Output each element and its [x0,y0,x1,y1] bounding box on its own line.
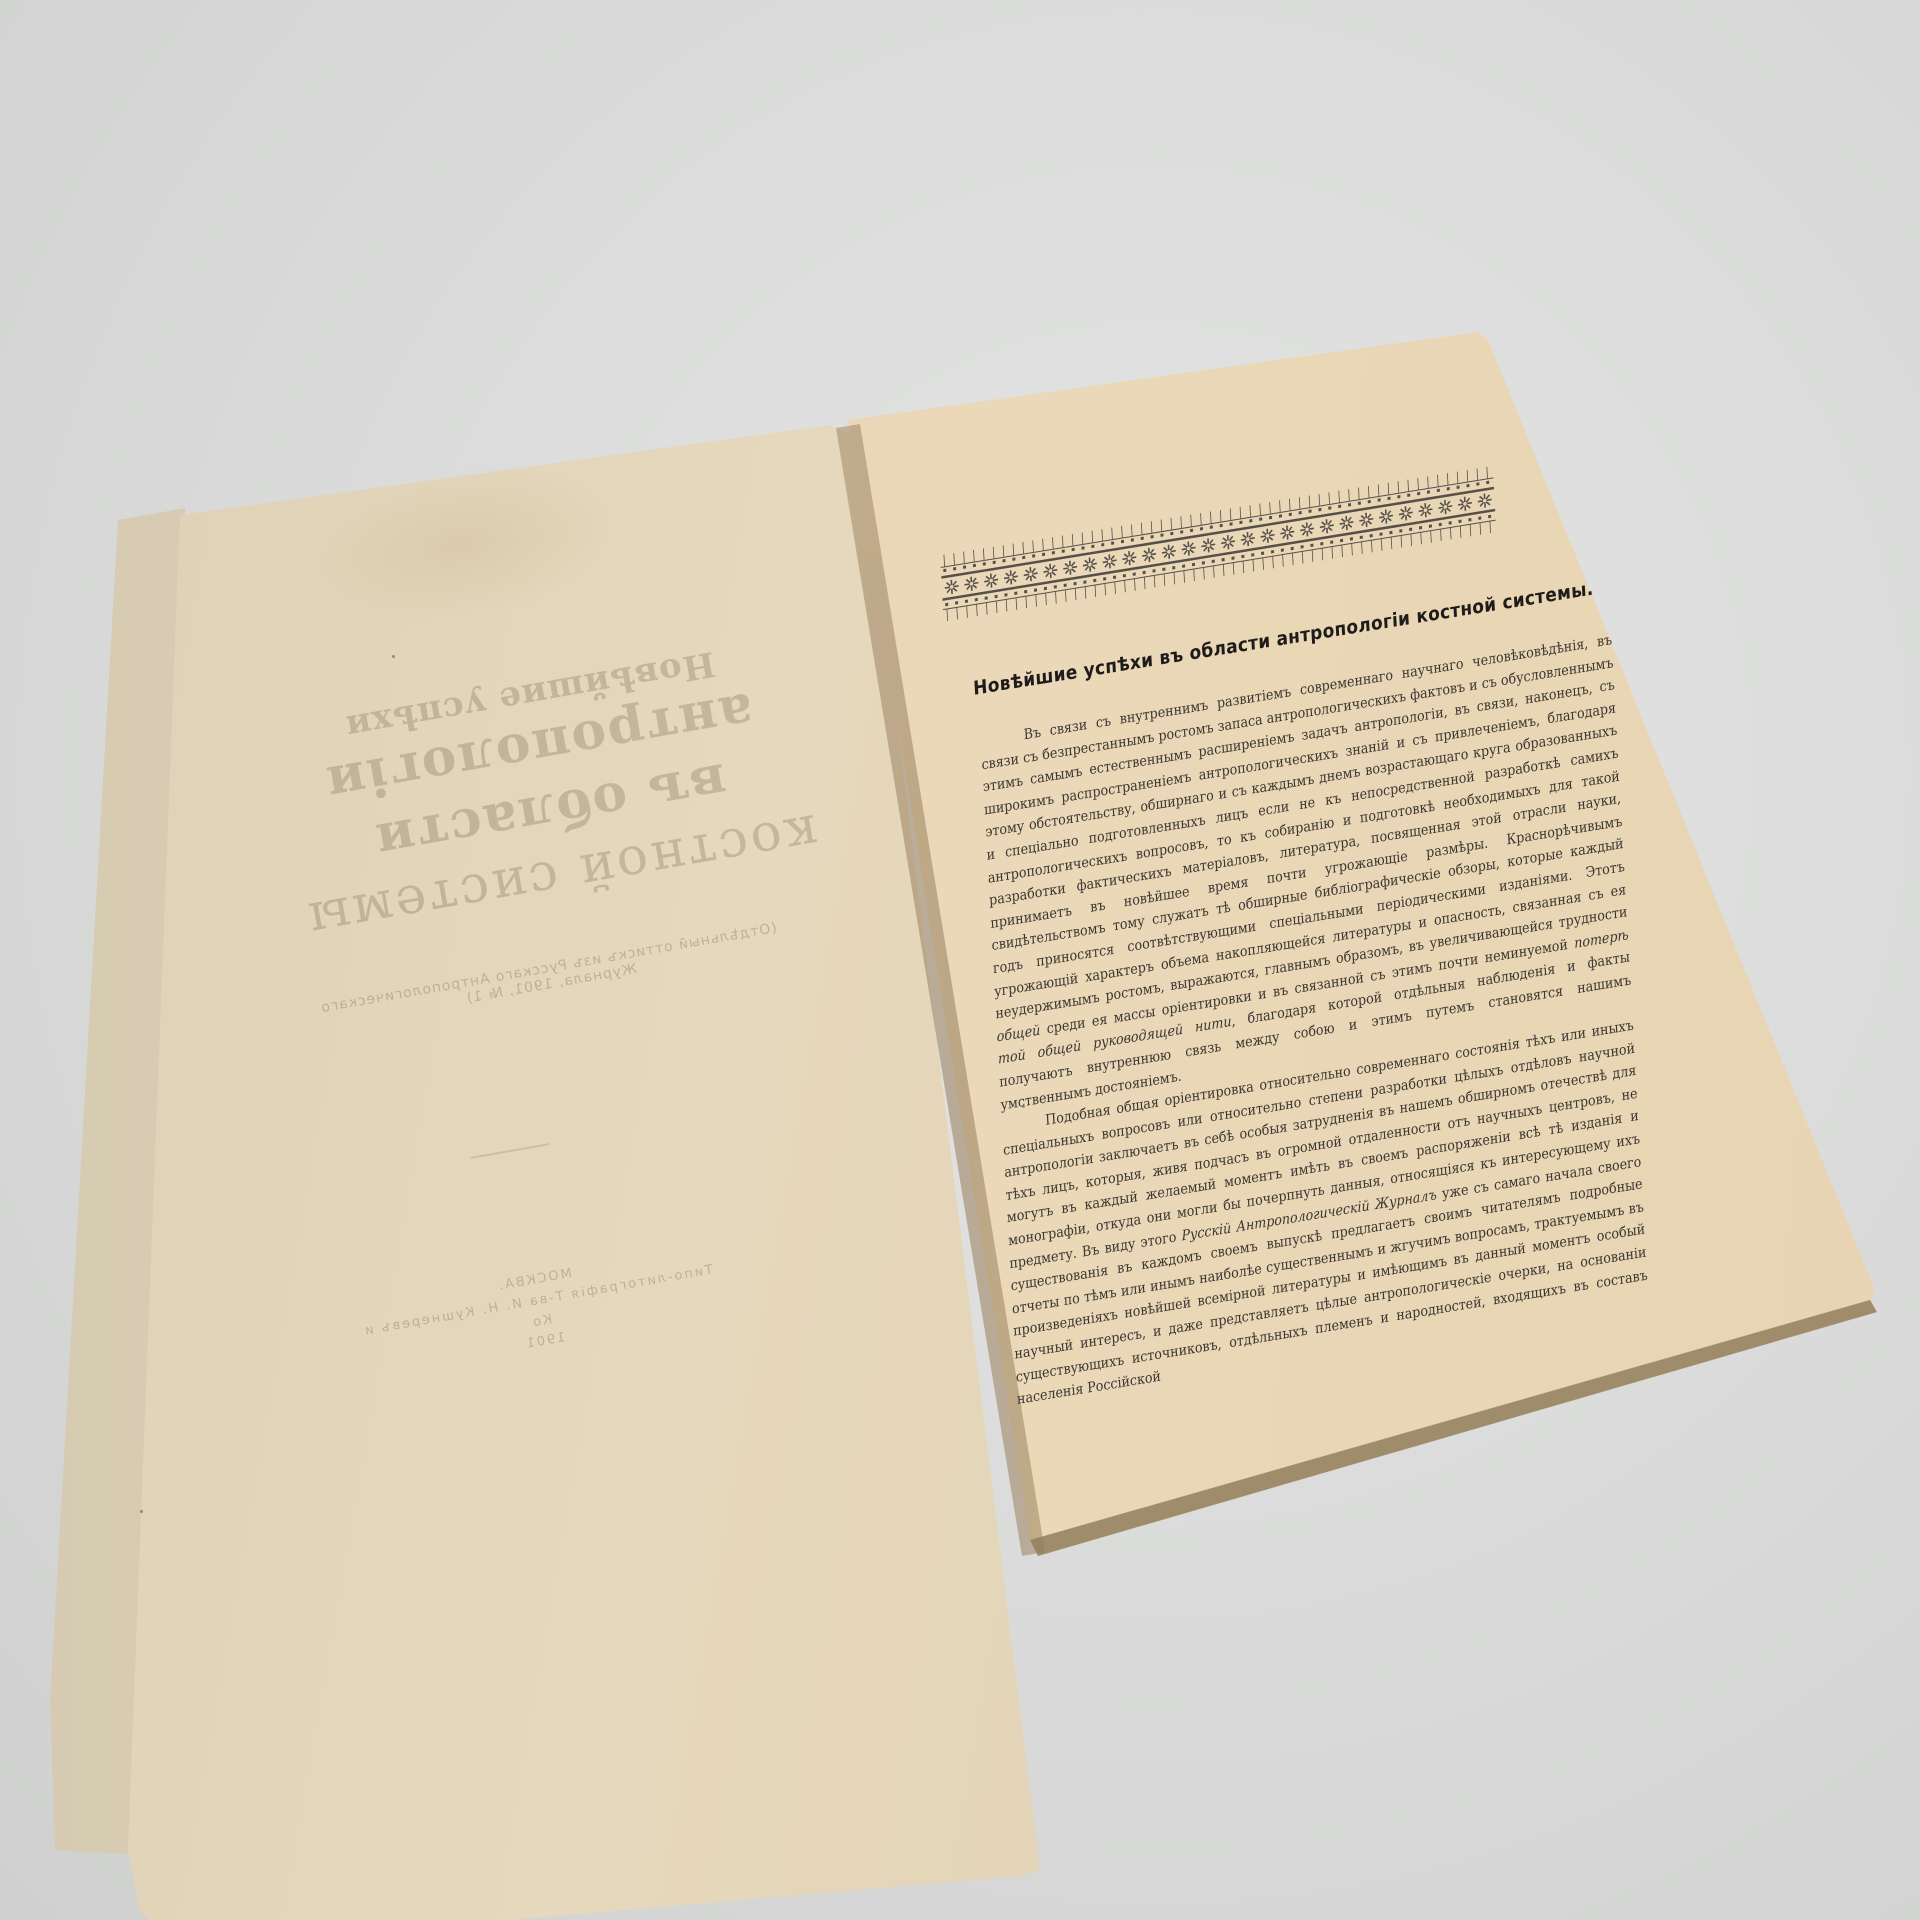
paper-speck [140,1510,143,1513]
paper-speck [1022,1105,1025,1108]
article-body: Въ связи съ внутреннимъ развитіемъ совре… [980,629,1650,1412]
paper-speck [392,655,395,658]
photo-scene: костной системы въ области антропологіи … [0,0,1920,1920]
right-page-content: Новѣйшие успѣхи въ области антропологіи … [930,443,1669,1418]
